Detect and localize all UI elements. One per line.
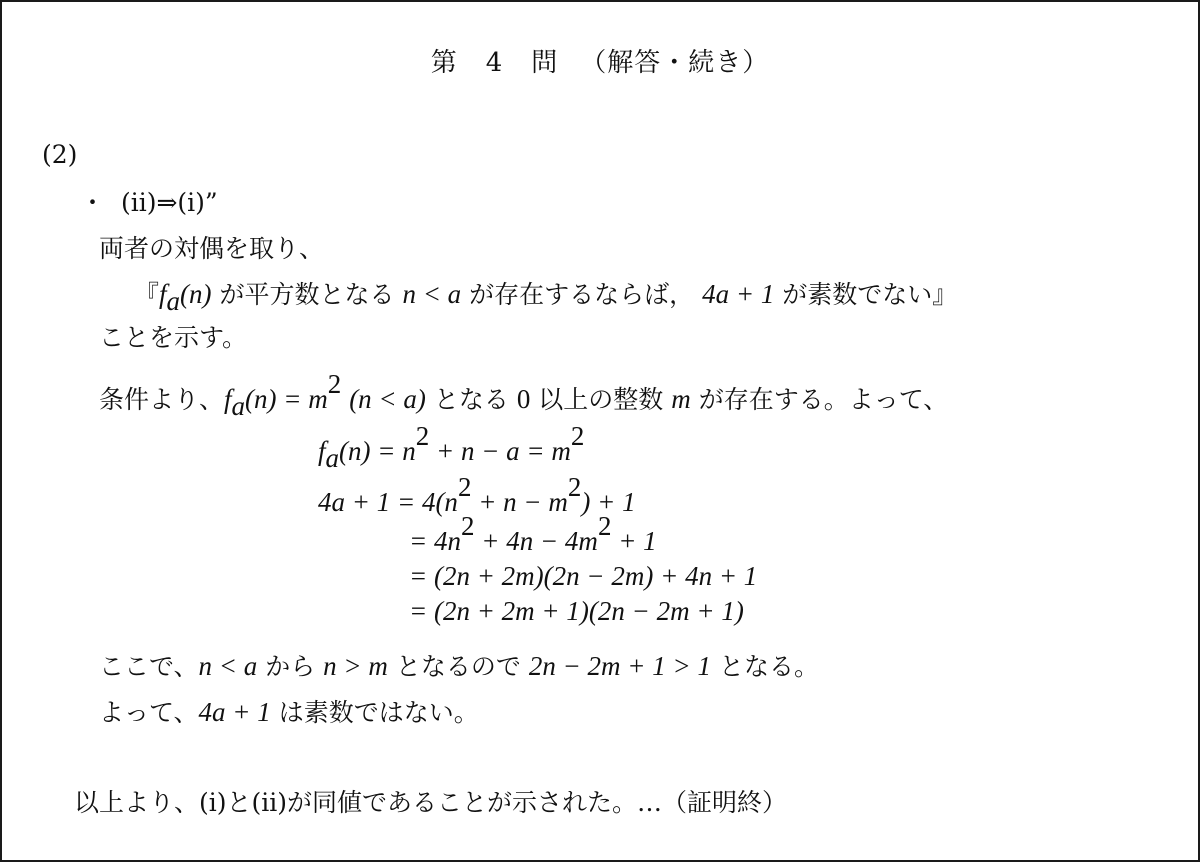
statement-text-2: が存在するならば， xyxy=(469,280,694,309)
math-expr: 4a + 1 xyxy=(702,279,774,309)
math-arg: (n) xyxy=(180,279,211,309)
title-subtitle: （解答・続き） xyxy=(580,48,769,78)
math-e1: n < a xyxy=(199,651,258,681)
bullet-text: (ii)⇒(i)” xyxy=(121,188,218,217)
statement-text-3: が素数でない xyxy=(782,280,932,309)
here-text-4: となる。 xyxy=(719,652,819,681)
here-text-1: ここで、 xyxy=(99,652,199,681)
math-e2: n > m xyxy=(323,651,388,681)
therefore-text-1: よって、 xyxy=(99,698,199,727)
intro-text: 両者の対偶を取り、 xyxy=(99,234,324,264)
math-zero: 0 xyxy=(517,384,531,414)
condition-text-2: となる xyxy=(434,385,509,414)
equation-3: = 4n2 + 4n − 4m2 + 1 xyxy=(409,526,657,557)
show-text: ことを示す。 xyxy=(99,323,247,353)
math-f: f xyxy=(318,436,326,466)
math-paren: (n < a) xyxy=(349,384,426,414)
conclusion: 以上より、(i)と(ii)が同値であることが示された。…（証明終） xyxy=(74,788,787,818)
math-sup: 2 xyxy=(598,511,612,541)
document-page: 第4問（解答・続き） (2) ・ (ii)⇒(i)” 両者の対偶を取り、 『fa… xyxy=(0,0,1200,862)
math-e3: 2n − 2m + 1 > 1 xyxy=(529,651,711,681)
title-number: 4 xyxy=(486,48,504,78)
math-mid: + n − m xyxy=(471,487,567,517)
therefore-line: よって、4a + 1 は素数ではない。 xyxy=(99,697,479,728)
condition-text-3: 以上の整数 xyxy=(538,385,663,414)
math-sup: 2 xyxy=(458,472,472,502)
title-dai: 第 xyxy=(431,48,458,78)
math-sup: 2 xyxy=(461,511,475,541)
math-f: f xyxy=(159,279,167,309)
bullet-heading: ・ (ii)⇒(i)” xyxy=(80,188,218,218)
close-bracket: 』 xyxy=(932,280,957,309)
math-eq: (n) = m xyxy=(245,384,328,414)
bullet-marker: ・ xyxy=(80,188,105,217)
math-sup: 2 xyxy=(568,472,582,502)
math-lhs: = (2n + 2m)(2n − 2m) + 4n + 1 xyxy=(409,561,757,591)
here-text-2: から xyxy=(265,652,315,681)
math-sup: 2 xyxy=(571,421,585,451)
math-lhs: (n) = n xyxy=(339,436,416,466)
math-m: m xyxy=(671,384,691,414)
condition-text-1: 条件より、 xyxy=(99,385,224,414)
equation-1: fa(n) = n2 + n − a = m2 xyxy=(318,436,584,467)
math-mid: + 4n − 4m xyxy=(474,526,597,556)
math-sub: a xyxy=(167,286,181,316)
math-ineq: n < a xyxy=(402,279,461,309)
equation-5: = (2n + 2m + 1)(2n − 2m + 1) xyxy=(409,596,744,627)
statement-text-1: が平方数となる xyxy=(219,280,394,309)
math-sub: a xyxy=(326,443,340,473)
math-sup: 2 xyxy=(328,369,342,399)
math-lhs: = 4n xyxy=(409,526,461,556)
math-e1: 4a + 1 xyxy=(199,697,271,727)
section-label: (2) xyxy=(42,140,77,170)
math-lhs: = (2n + 2m + 1)(2n − 2m + 1) xyxy=(409,596,744,626)
math-tail: + 1 xyxy=(611,526,656,556)
math-sup: 2 xyxy=(416,421,430,451)
therefore-text-2: は素数ではない。 xyxy=(279,698,479,727)
here-text-3: となるので xyxy=(396,652,521,681)
math-lhs: 4a + 1 = 4(n xyxy=(318,487,458,517)
title-mon: 問 xyxy=(531,48,558,78)
math-f: f xyxy=(224,384,232,414)
condition-line: 条件より、fa(n) = m2 (n < a) となる 0 以上の整数 m が存… xyxy=(99,384,948,415)
math-mid: + n − a = m xyxy=(429,436,571,466)
contrapositive-statement: 『fa(n) が平方数となる n < a が存在するならば， 4a + 1 が素… xyxy=(134,279,957,310)
condition-text-4: が存在する。よって、 xyxy=(699,385,949,414)
equation-4: = (2n + 2m)(2n − 2m) + 4n + 1 xyxy=(409,561,757,592)
math-sub: a xyxy=(232,391,246,421)
here-line: ここで、n < a から n > m となるので 2n − 2m + 1 > 1… xyxy=(99,651,819,682)
open-bracket: 『 xyxy=(134,280,159,309)
equation-2: 4a + 1 = 4(n2 + n − m2) + 1 xyxy=(318,487,636,518)
page-title: 第4問（解答・続き） xyxy=(2,48,1198,78)
